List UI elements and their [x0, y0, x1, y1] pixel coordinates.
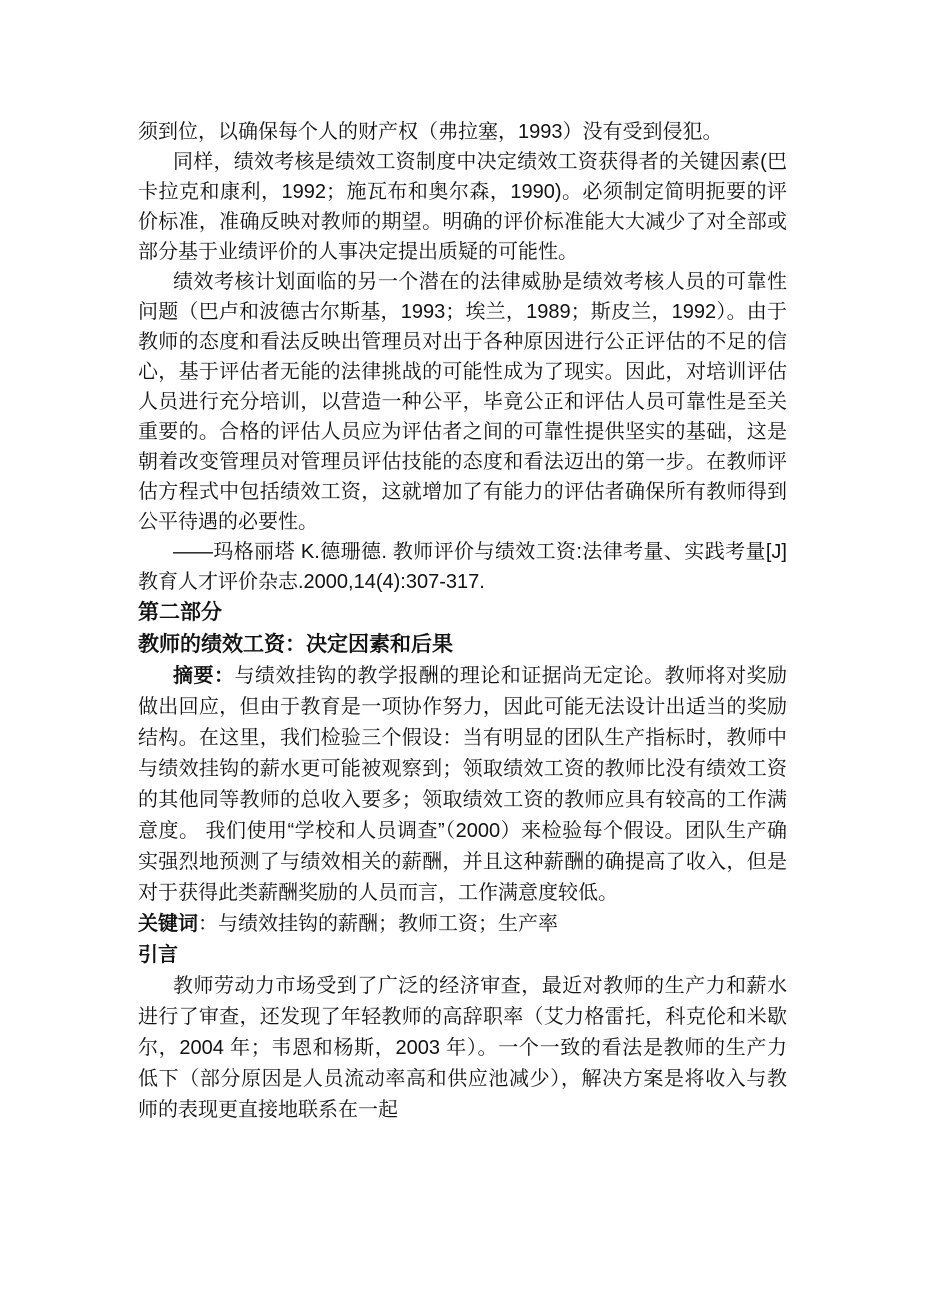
- keywords-text: ：与绩效挂钩的薪酬；教师工资；生产率: [198, 913, 558, 935]
- abstract-label: 摘要：: [173, 665, 234, 687]
- introduction-heading: 引言: [138, 940, 787, 971]
- citation-reference: ——玛格丽塔 K.德珊德. 教师评价与绩效工资:法律考量、实践考量[J]教育人才…: [138, 537, 787, 597]
- keywords-line: 关键词：与绩效挂钩的薪酬；教师工资；生产率: [138, 909, 787, 940]
- paragraph-appraisal-criteria: 同样，绩效考核是绩效工资制度中决定绩效工资获得者的关键因素(巴卡拉克和康利，19…: [138, 147, 787, 267]
- paragraph-property-rights: 须到位，以确保每个人的财产权（弗拉塞，1993）没有受到侵犯。: [138, 117, 787, 147]
- paragraph-rater-reliability: 绩效考核计划面临的另一个潜在的法律威胁是绩效考核人员的可靠性问题（巴卢和波德古尔…: [138, 267, 787, 537]
- article-title: 教师的绩效工资：决定因素和后果: [138, 629, 787, 661]
- paragraph-introduction: 教师劳动力市场受到了广泛的经济审查，最近对教师的生产力和薪水进行了审查，还发现了…: [138, 971, 787, 1126]
- abstract-text: 与绩效挂钩的教学报酬的理论和证据尚无定论。教师将对奖励做出回应，但由于教育是一项…: [138, 665, 787, 904]
- keywords-label: 关键词: [138, 913, 198, 935]
- section-heading-part-two: 第二部分: [138, 597, 787, 629]
- part-two-body: 摘要：与绩效挂钩的教学报酬的理论和证据尚无定论。教师将对奖励做出回应，但由于教育…: [138, 661, 787, 1126]
- paragraph-abstract: 摘要：与绩效挂钩的教学报酬的理论和证据尚无定论。教师将对奖励做出回应，但由于教育…: [138, 661, 787, 909]
- document-page: 须到位，以确保每个人的财产权（弗拉塞，1993）没有受到侵犯。 同样，绩效考核是…: [0, 0, 925, 1309]
